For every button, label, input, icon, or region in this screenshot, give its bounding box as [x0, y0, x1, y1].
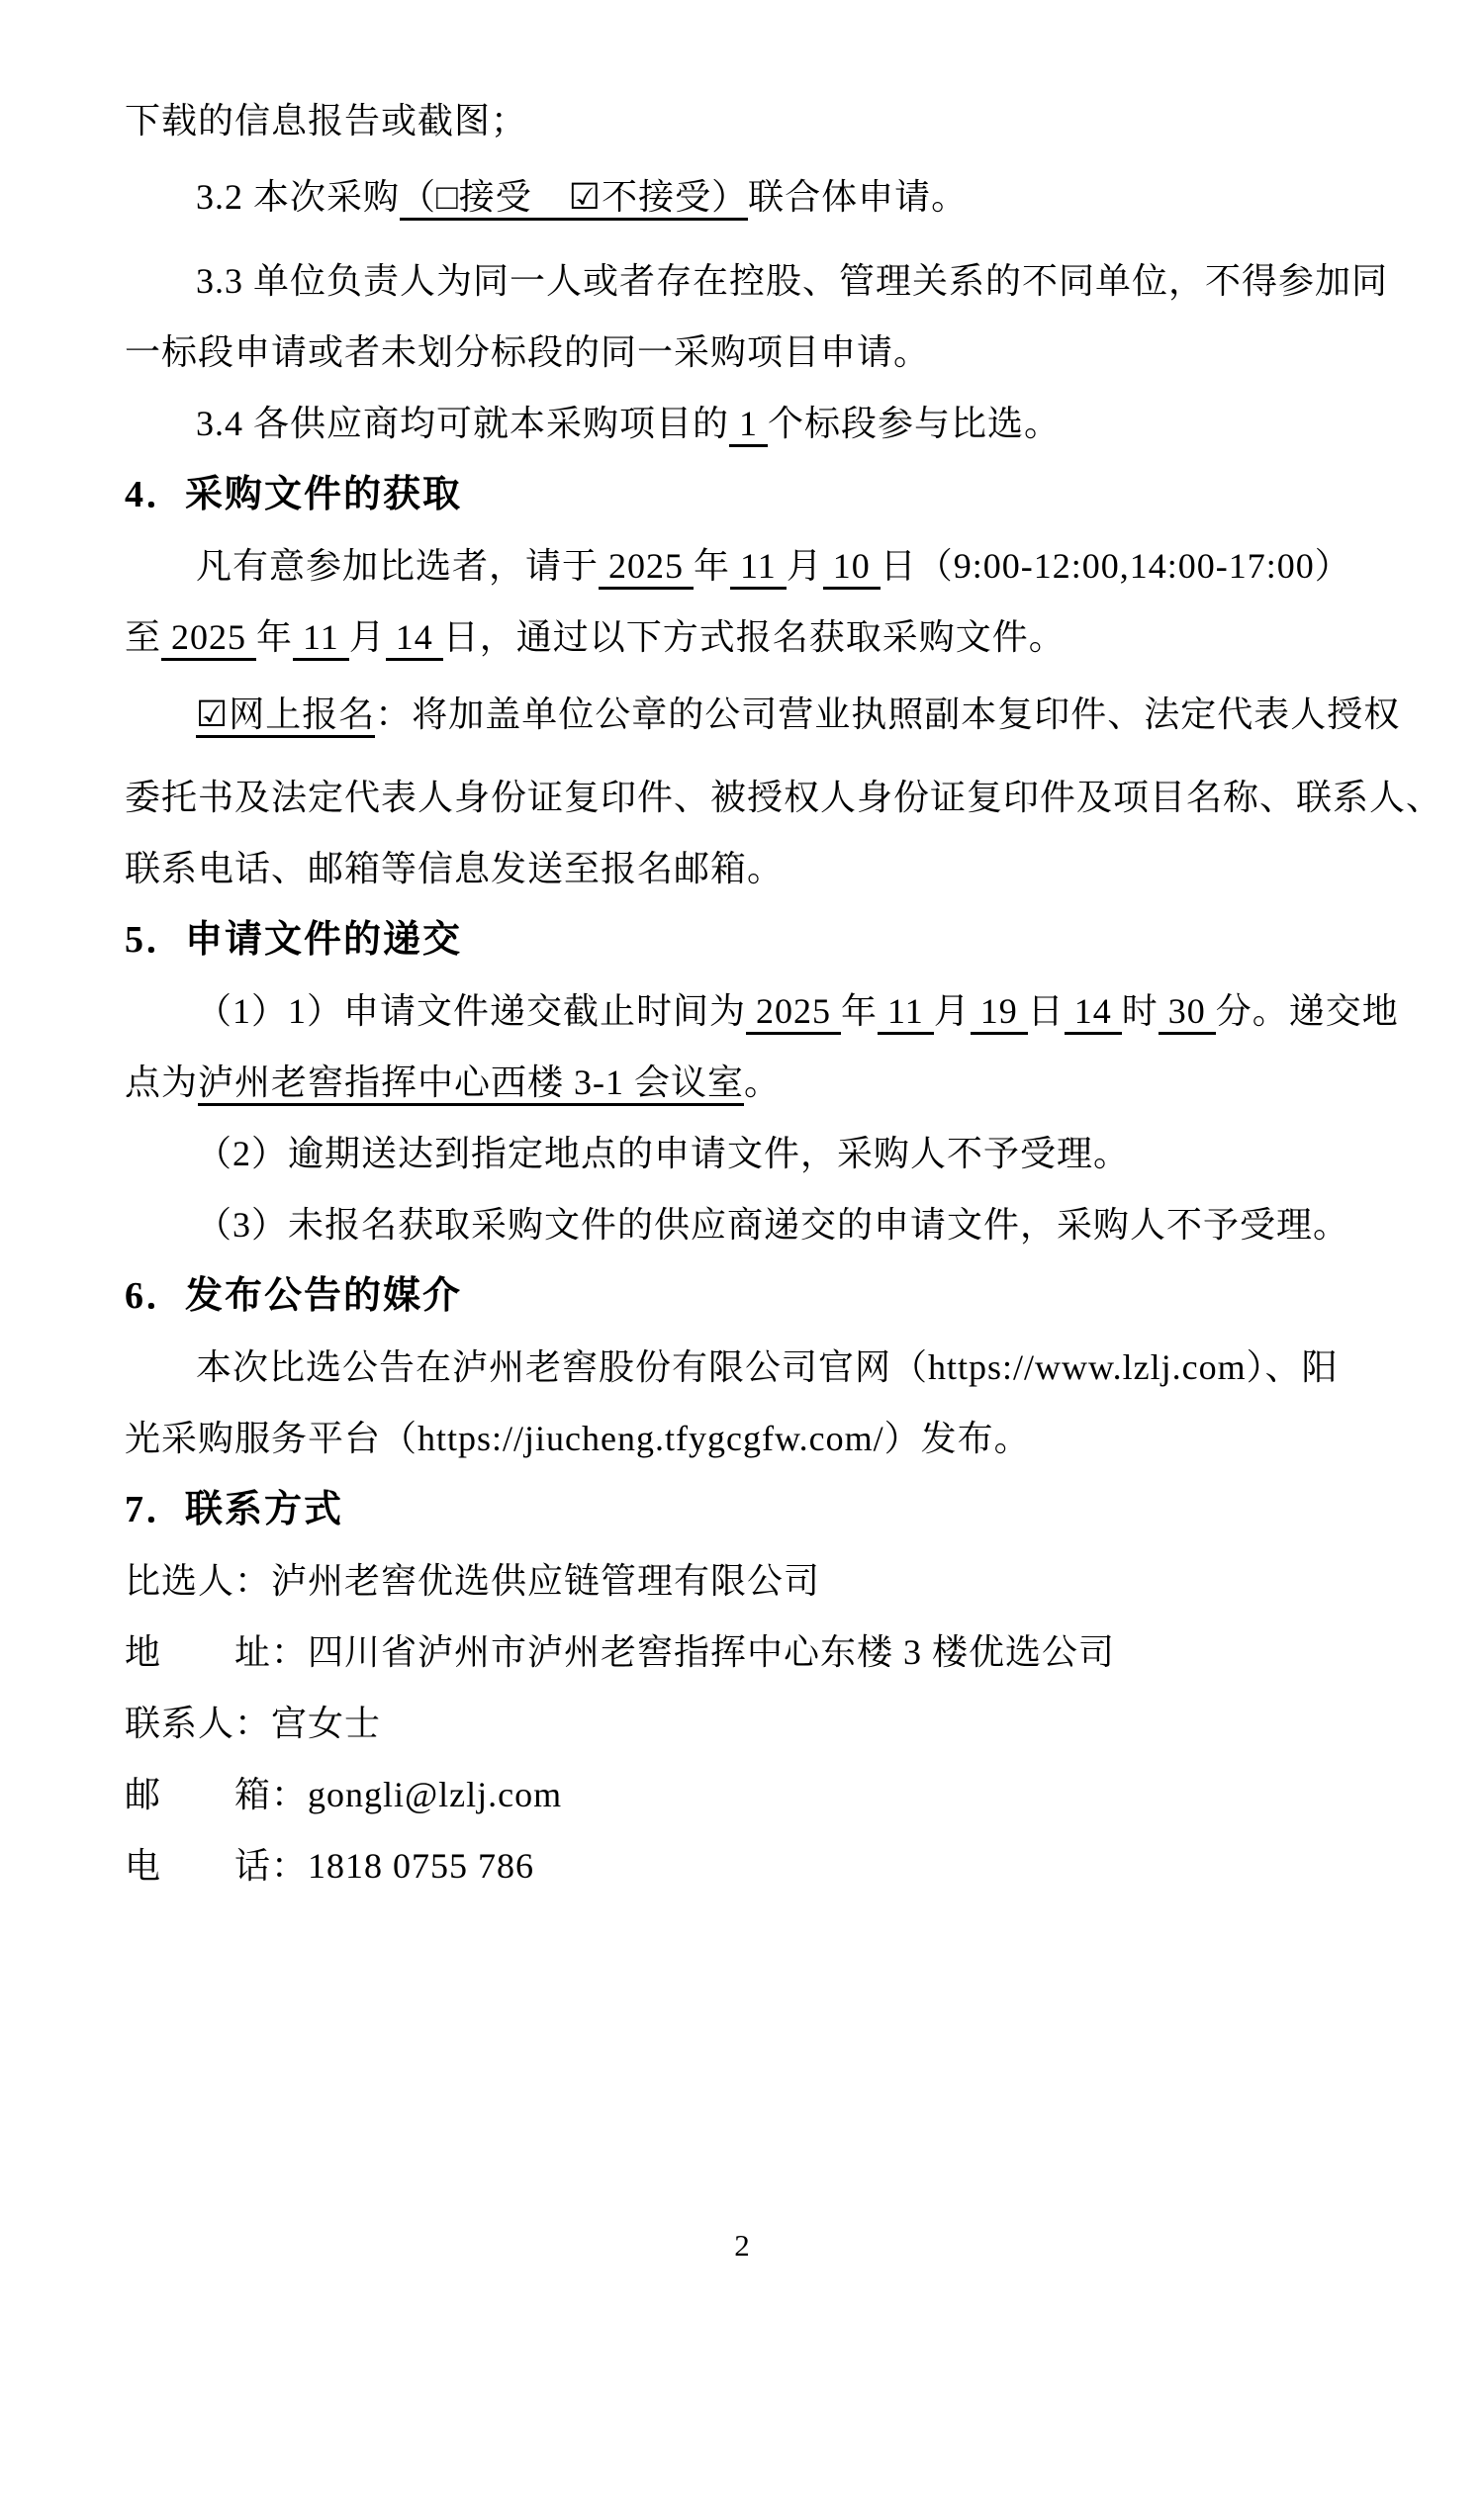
clause-5-1-line-1: （1）1）申请文件递交截止时间为 2025 年 11 月 19 日 14 时 3… [125, 975, 1385, 1047]
text-segment: 凡有意参加比选者，请于 [196, 546, 599, 586]
underlined-text: 11 [730, 546, 787, 590]
underlined-text: 14 [1065, 991, 1122, 1035]
clause-3-4: 3.4 各供应商均可就本采购项目的 1 个标段参与比选。 [125, 388, 1385, 459]
contact-buyer: 比选人：泸州老窖优选供应链管理有限公司 [125, 1545, 1385, 1617]
underlined-text: 11 [293, 617, 349, 661]
text-segment: 日，通过以下方式报名获取采购文件。 [443, 617, 1066, 657]
text-segment: 月 [349, 617, 386, 657]
text-segment: 5．申请文件的递交 [125, 919, 462, 961]
text-segment: 个标段参与比选。 [768, 404, 1061, 443]
contact-phone: 电 话：1818 0755 786 [125, 1830, 1385, 1901]
para-announcement-media-line-1: 本次比选公告在泸州老窖股份有限公司官网（https://www.lzlj.com… [125, 1332, 1385, 1403]
text-segment: （2）逾期送达到指定地点的申请文件，采购人不予受理。 [196, 1134, 1130, 1173]
page-number: 2 [0, 2216, 1484, 2275]
para-obtain-docs-line-2: 至 2025 年 11 月 14 日，通过以下方式报名获取采购文件。 [125, 601, 1385, 673]
contact-address: 地 址：四川省泸州市泸州老窖指挥中心东楼 3 楼优选公司 [125, 1617, 1385, 1688]
text-segment: ：将加盖单位公章的公司营业执照副本复印件、法定代表人授权 [375, 694, 1400, 734]
para-announcement-media-line-2: 光采购服务平台（https://jiucheng.tfygcgfw.com/）发… [125, 1403, 1385, 1474]
text-segment: 联系人：宫女士 [125, 1704, 381, 1743]
underlined-text: 泸州老窖指挥中心西楼 3-1 会议室 [198, 1063, 744, 1106]
clause-3-3: 3.3 单位负责人为同一人或者存在控股、管理关系的不同单位，不得参加同 [125, 245, 1385, 317]
text-segment: （3）未报名获取采购文件的供应商递交的申请文件，采购人不予受理。 [196, 1205, 1349, 1245]
text-segment: 3.4 各供应商均可就本采购项目的 [196, 404, 729, 443]
underlined-text: 30 [1159, 991, 1216, 1035]
text-segment: 分。递交地 [1216, 991, 1399, 1031]
text-segment: 点为 [125, 1063, 198, 1102]
text-segment: 4．采购文件的获取 [125, 474, 462, 515]
text-segment: 联合体申请。 [748, 177, 968, 217]
para-online-registration-line-1: ☑网上报名：将加盖单位公章的公司营业执照副本复印件、法定代表人授权 [125, 679, 1385, 750]
contact-email: 邮 箱：gongli@lzlj.com [125, 1759, 1385, 1830]
checkbox-checked-icon: ☑ [196, 694, 229, 738]
para-online-registration-line-2: 委托书及法定代表人身份证复印件、被授权人身份证复印件及项目名称、联系人、 [125, 762, 1385, 833]
underlined-text: （ [400, 177, 436, 221]
underlined-text: 11 [878, 991, 934, 1035]
underlined-text: 19 [971, 991, 1028, 1035]
heading-section-7: 7．联系方式 [125, 1474, 1385, 1545]
clause-5-1-line-2: 点为泸州老窖指挥中心西楼 3-1 会议室。 [125, 1047, 1385, 1118]
text-segment: 年 [694, 546, 730, 586]
text-segment: 。 [744, 1063, 781, 1102]
text-segment: 委托书及法定代表人身份证复印件、被授权人身份证复印件及项目名称、联系人、 [125, 778, 1442, 817]
heading-section-6: 6．发布公告的媒介 [125, 1260, 1385, 1332]
clause-3-2: 3.2 本次采购（□接受 ☑不接受）联合体申请。 [125, 161, 1385, 232]
text-segment: 月 [787, 546, 823, 586]
underlined-text: 10 [823, 546, 881, 590]
text-segment: 年 [841, 991, 878, 1031]
para-online-registration-line-3: 联系电话、邮箱等信息发送至报名邮箱。 [125, 833, 1385, 904]
text-segment: （1）1）申请文件递交截止时间为 [196, 991, 746, 1031]
clause-5-3: （3）未报名获取采购文件的供应商递交的申请文件，采购人不予受理。 [125, 1189, 1385, 1260]
para-obtain-docs-line-1: 凡有意参加比选者，请于 2025 年 11 月 10 日（9:00-12:00,… [125, 530, 1385, 601]
text-segment: 时 [1122, 991, 1159, 1031]
text-segment: 年 [256, 617, 293, 657]
text-segment: 邮 箱：gongli@lzlj.com [125, 1775, 562, 1814]
text-segment: 比选人：泸州老窖优选供应链管理有限公司 [125, 1561, 820, 1601]
text-segment: 地 址：四川省泸州市泸州老窖指挥中心东楼 3 楼优选公司 [125, 1632, 1115, 1672]
contact-person: 联系人：宫女士 [125, 1688, 1385, 1759]
text-segment: 月 [934, 991, 971, 1031]
underlined-text: 接受 [459, 177, 569, 221]
underlined-text: 14 [386, 617, 443, 661]
text-segment: 3.3 单位负责人为同一人或者存在控股、管理关系的不同单位，不得参加同 [196, 261, 1388, 301]
underlined-text: 1 [729, 404, 768, 447]
text-segment: 至 [125, 617, 161, 657]
underlined-text: 2025 [746, 991, 841, 1035]
text-segment: 下载的信息报告或截图； [125, 101, 527, 140]
checkbox-unchecked-icon: □ [436, 177, 459, 221]
heading-section-4: 4．采购文件的获取 [125, 459, 1385, 530]
checkbox-checked-icon: ☑ [569, 177, 602, 221]
underlined-text: 2025 [161, 617, 256, 661]
text-segment: 光采购服务平台（https://jiucheng.tfygcgfw.com/）发… [125, 1419, 1031, 1458]
underlined-text: 2025 [599, 546, 694, 590]
heading-section-5: 5．申请文件的递交 [125, 904, 1385, 975]
text-segment: 日（9:00-12:00,14:00-17:00） [881, 546, 1351, 586]
clause-3-3-continuation: 一标段申请或者未划分标段的同一采购项目申请。 [125, 317, 1385, 388]
text-segment: 3.2 本次采购 [196, 177, 400, 217]
text-segment: 电 话：1818 0755 786 [125, 1846, 534, 1886]
document-body: 下载的信息报告或截图；3.2 本次采购（□接受 ☑不接受）联合体申请。3.3 单… [125, 85, 1385, 1901]
para-download-continuation: 下载的信息报告或截图； [125, 85, 1385, 156]
text-segment: 一标段申请或者未划分标段的同一采购项目申请。 [125, 332, 930, 372]
text-segment: 本次比选公告在泸州老窖股份有限公司官网（https://www.lzlj.com… [196, 1347, 1339, 1387]
underlined-text: 网上报名 [229, 694, 375, 738]
document-page: 下载的信息报告或截图；3.2 本次采购（□接受 ☑不接受）联合体申请。3.3 单… [0, 0, 1484, 2498]
text-segment: 6．发布公告的媒介 [125, 1275, 462, 1317]
text-segment: 7．联系方式 [125, 1489, 343, 1530]
clause-5-2: （2）逾期送达到指定地点的申请文件，采购人不予受理。 [125, 1118, 1385, 1189]
underlined-text: 不接受） [602, 177, 748, 221]
text-segment: 联系电话、邮箱等信息发送至报名邮箱。 [125, 849, 784, 888]
text-segment: 日 [1028, 991, 1065, 1031]
